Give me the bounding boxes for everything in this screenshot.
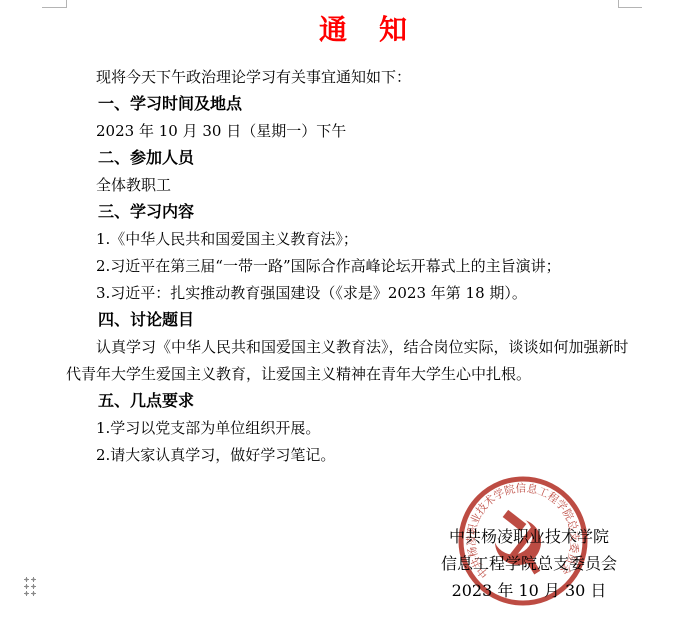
- anchor-dot: [24, 577, 29, 582]
- section-heading: 三、学习内容: [66, 199, 630, 226]
- section-heading: 一、学习时间及地点: [66, 91, 630, 118]
- section-heading: 五、几点要求: [66, 388, 630, 415]
- signature-org-line2: 信息工程学院总支委员会: [429, 550, 629, 577]
- notice-title: 通 知: [66, 10, 630, 50]
- section-item: 2.习近平在第三届“一带一路”国际合作高峰论坛开幕式上的主旨演讲；: [66, 253, 630, 280]
- section-item: 2.请大家认真学习，做好学习笔记。: [66, 442, 630, 469]
- signature-org-line1: 中共杨凌职业技术学院: [429, 523, 629, 550]
- signature-block: 中共杨凌职业技术学院 信息工程学院总支委员会 2023 年 10 月 30 日: [429, 523, 629, 604]
- intro-paragraph: 现将今天下午政治理论学习有关事宜通知如下：: [66, 64, 630, 91]
- section-item: 3.习近平：扎实推动教育强国建设（《求是》2023 年第 18 期）。: [66, 280, 630, 307]
- notice-content: 通 知 现将今天下午政治理论学习有关事宜通知如下： 一、学习时间及地点2023 …: [66, 8, 630, 469]
- margin-crop-mark-top-left: [66, 0, 67, 8]
- section-item: 2023 年 10 月 30 日（星期一）下午: [66, 118, 630, 145]
- section-item: 1.学习以党支部为单位组织开展。: [66, 415, 630, 442]
- margin-crop-mark-top-left: [42, 7, 66, 8]
- anchor-dot: [24, 584, 29, 589]
- anchor-dots-marker: [24, 577, 36, 596]
- section-item: 全体教职工: [66, 172, 630, 199]
- anchor-dot: [24, 591, 29, 596]
- document-page: 通 知 现将今天下午政治理论学习有关事宜通知如下： 一、学习时间及地点2023 …: [0, 0, 700, 635]
- anchor-dot: [31, 591, 36, 596]
- section-heading: 四、讨论题目: [66, 307, 630, 334]
- margin-crop-mark-top-right: [618, 0, 619, 8]
- section-item: 认真学习《中华人民共和国爱国主义教育法》，结合岗位实际，谈谈如何加强新时代青年大…: [66, 334, 630, 388]
- anchor-dot: [31, 584, 36, 589]
- signature-date: 2023 年 10 月 30 日: [429, 577, 629, 604]
- notice-sections: 一、学习时间及地点2023 年 10 月 30 日（星期一）下午二、参加人员全体…: [66, 91, 630, 469]
- section-item: 1.《中华人民共和国爱国主义教育法》；: [66, 226, 630, 253]
- anchor-dot: [31, 577, 36, 582]
- section-heading: 二、参加人员: [66, 145, 630, 172]
